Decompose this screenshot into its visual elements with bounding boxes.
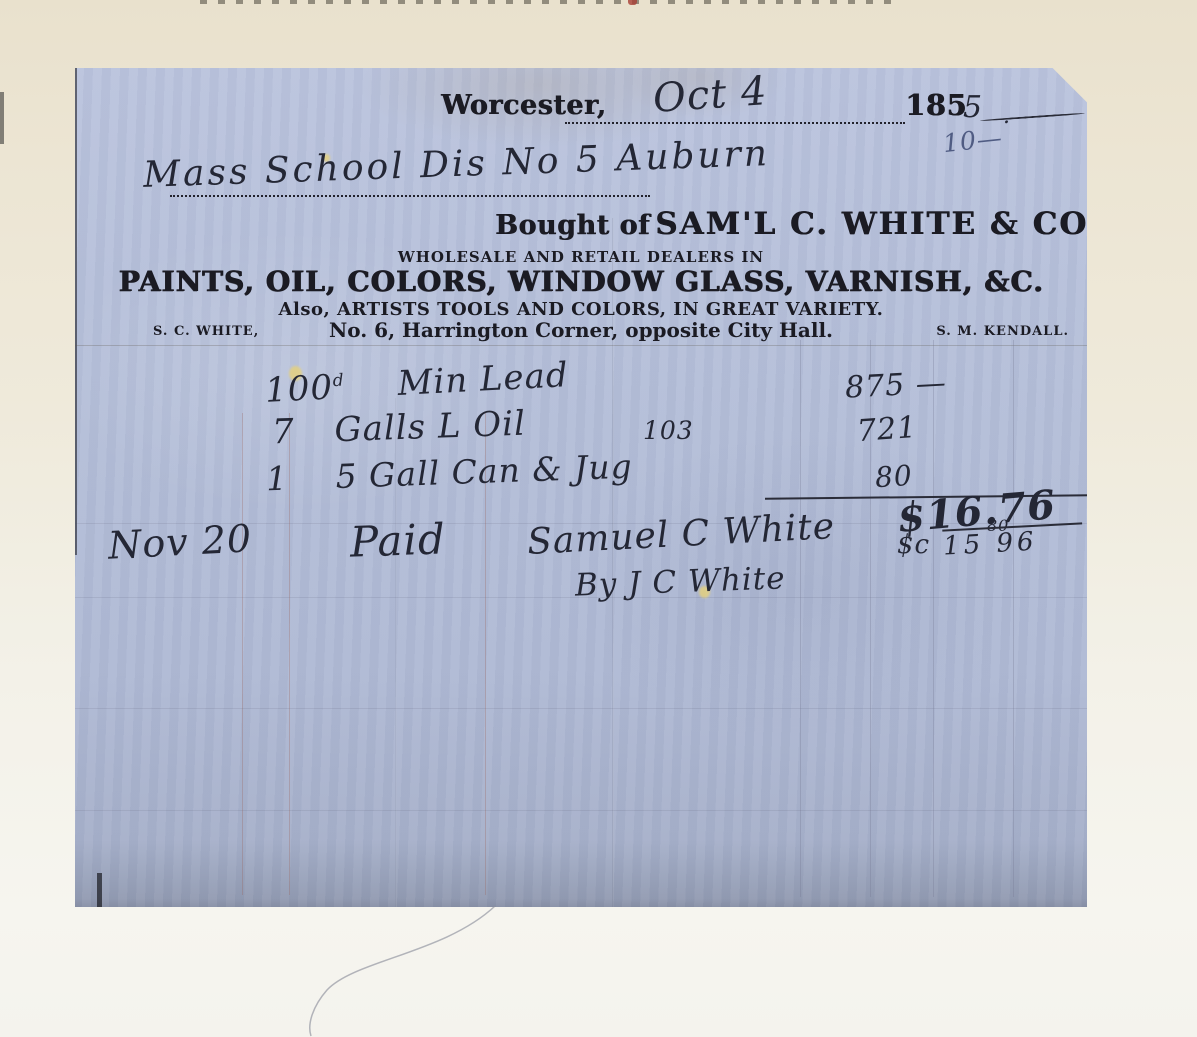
item-qty: 7 <box>271 412 295 453</box>
scan-edge-artifacts <box>200 0 900 4</box>
dateline-place: Worcester, <box>441 90 606 121</box>
bought-of-line: Bought of SAM'L C. WHITE & CO., <box>495 206 1112 242</box>
pen-flourish <box>980 112 1085 121</box>
item-amount: 721 <box>856 410 919 449</box>
stray-thread <box>255 898 515 1037</box>
paid-notation: Paid <box>349 514 446 566</box>
fold-crease <box>75 708 1087 709</box>
item-rate: 103 <box>643 416 694 445</box>
countersignature: By J C White <box>574 560 786 603</box>
partner-name-right: S. M. KENDALL. <box>936 324 1069 339</box>
currency-mark: $c <box>897 530 930 560</box>
billhead-paper: Worcester, Oct 4 185 5 . 10— Mass School… <box>75 68 1087 907</box>
address-line: No. 6, Harrington Corner, opposite City … <box>75 318 1087 342</box>
bought-of-label: Bought of <box>495 210 650 241</box>
invoice-item-row: 100d Min Lead <box>264 355 569 411</box>
dateline-dotted-line <box>565 122 905 124</box>
ledger-column-line <box>800 340 801 897</box>
products-line: PAINTS, OIL, COLORS, WINDOW GLASS, VARNI… <box>75 265 1087 298</box>
company-name: SAM'L C. WHITE & CO., <box>655 206 1112 242</box>
dateline-year-printed: 185 <box>905 88 967 122</box>
invoice-item-row: 7 Galls L Oil <box>271 404 526 453</box>
pen-dot: . <box>1003 104 1011 129</box>
net-total-amount: 15 96 <box>942 522 1083 561</box>
paper-edge-mark <box>97 873 102 907</box>
item-qty: 1 <box>265 459 288 499</box>
item-description: 5 Gall Can & Jug <box>335 447 633 496</box>
scanned-receipt-photo: Worcester, Oct 4 185 5 . 10— Mass School… <box>0 0 1197 1037</box>
item-qty-superscript: d <box>332 371 344 392</box>
pencil-annotation: 10— <box>942 123 1005 158</box>
payment-date: Nov 20 <box>107 516 253 567</box>
signature: Samuel C White <box>526 506 836 563</box>
ledger-column-line <box>242 413 243 895</box>
handwritten-customer: Mass School Dis No 5 Auburn <box>142 133 770 196</box>
handwritten-date: Oct 4 <box>652 68 769 122</box>
scan-edge-left-mark <box>0 92 4 144</box>
item-amount: 80 <box>874 459 914 495</box>
fold-crease <box>75 810 1087 811</box>
scan-edge-red-mark <box>628 0 637 5</box>
item-amount: 875 — <box>844 365 947 405</box>
fold-crease <box>75 345 1087 346</box>
item-qty: 100 <box>264 367 334 410</box>
invoice-item-row: 1 5 Gall Can & Jug <box>265 447 633 499</box>
ledger-column-line <box>933 340 934 897</box>
item-description: Galls L Oil <box>334 404 527 451</box>
also-line: Also, ARTISTS TOOLS AND COLORS, IN GREAT… <box>75 299 1087 320</box>
customer-dotted-line <box>170 195 650 197</box>
item-description: Min Lead <box>397 355 570 404</box>
dealers-line: WHOLESALE AND RETAIL DEALERS IN <box>75 248 1087 266</box>
ledger-column-line <box>1013 340 1014 897</box>
